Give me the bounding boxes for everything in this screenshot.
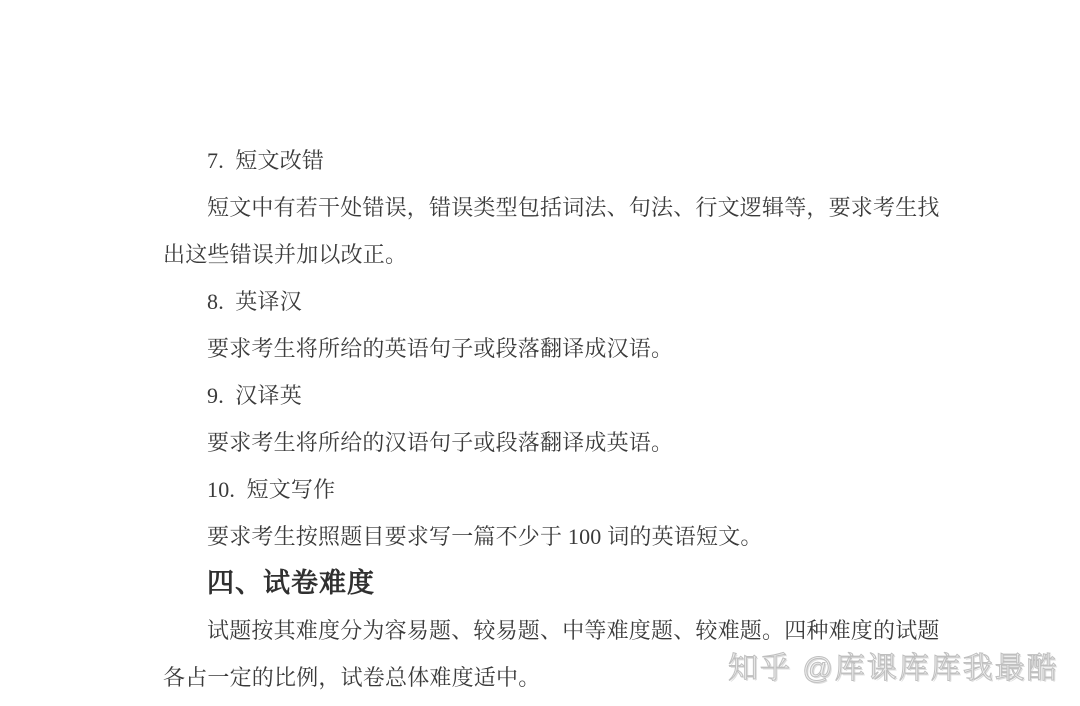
paragraph-line: 要求考生将所给的英语句子或段落翻译成汉语。: [163, 325, 953, 372]
document-page: 7. 短文改错 短文中有若干处错误，错误类型包括词法、句法、行文逻辑等，要求考生…: [163, 137, 953, 701]
section-heading-difficulty: 四、试卷难度: [163, 560, 953, 607]
item-heading-8: 8. 英译汉: [163, 278, 953, 325]
item-heading-9: 9. 汉译英: [163, 372, 953, 419]
paragraph-line: 要求考生将所给的汉语句子或段落翻译成英语。: [163, 419, 953, 466]
item-heading-7: 7. 短文改错: [163, 137, 953, 184]
paragraph-line: 短文中有若干处错误，错误类型包括词法、句法、行文逻辑等，要求考生找: [163, 184, 953, 231]
item-heading-10: 10. 短文写作: [163, 466, 953, 513]
paragraph-line: 要求考生按照题目要求写一篇不少于 100 词的英语短文。: [163, 513, 953, 560]
paragraph-line: 出这些错误并加以改正。: [163, 231, 953, 278]
zhihu-watermark: 知乎 @库课库库我最酷: [728, 643, 1059, 687]
